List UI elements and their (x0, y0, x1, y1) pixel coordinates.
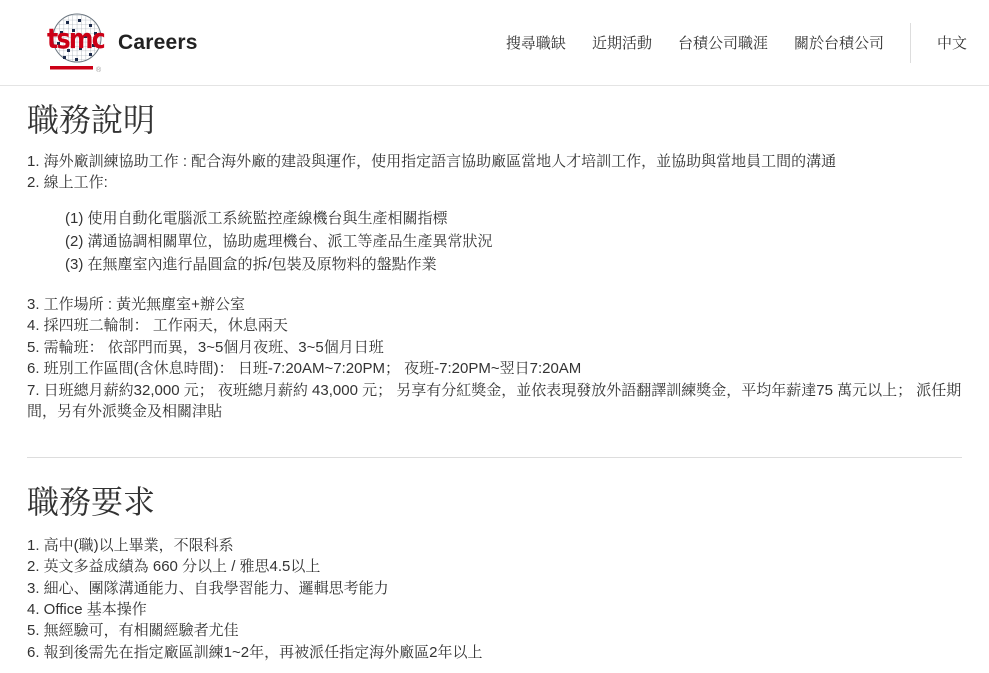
logo-underline (50, 66, 93, 70)
job-description-item-3: 3. 工作場所 : 黃光無塵室+辦公室 (27, 294, 962, 316)
section-divider (27, 457, 962, 458)
job-requirement-2: 2. 英文多益成績為 660 分以上 / 雅思4.5以上 (27, 556, 962, 577)
job-description-item-6: 6. 班別工作區間(含休息時間)： 日班-7:20AM~7:20PM； 夜班-7… (27, 358, 962, 380)
site-header: tsmc ® Careers 搜尋職缺 近期活動 台積公司職涯 關於台積公司 中… (0, 0, 989, 86)
nav-divider (910, 23, 911, 63)
job-description-item-1: 1. 海外廠訓練協助工作 : 配合海外廠的建設與運作，使用指定語言協助廠區當地人… (27, 151, 962, 173)
language-selector[interactable]: 中文 (937, 32, 967, 53)
job-description-item-4: 4. 採四班二輪制： 工作兩天，休息兩天 (27, 315, 962, 337)
nav-about-tsmc[interactable]: 關於台積公司 (794, 32, 884, 53)
nav-recent-events[interactable]: 近期活動 (592, 32, 652, 53)
job-description-section: 職務說明 1. 海外廠訓練協助工作 : 配合海外廠的建設與運作，使用指定語言協助… (27, 100, 962, 423)
page-title: Careers (118, 31, 198, 55)
job-detail-content: 職務說明 1. 海外廠訓練協助工作 : 配合海外廠的建設與運作，使用指定語言協助… (0, 100, 989, 663)
job-description-subitem-1: (1) 使用自動化電腦派工系統監控產線機台與生產相關指標 (65, 207, 962, 230)
job-requirements-section: 職務要求 1. 高中(職)以上畢業，不限科系 2. 英文多益成績為 660 分以… (27, 482, 962, 663)
tsmc-logotype: tsmc (47, 22, 104, 55)
job-description-subitem-2: (2) 溝通協調相關單位，協助處理機台、派工等產品生產異常狀況 (65, 230, 962, 253)
section-title-job-requirements: 職務要求 (27, 482, 962, 524)
main-nav: 搜尋職缺 近期活動 台積公司職涯 關於台積公司 中文 (480, 23, 967, 63)
job-requirement-3: 3. 細心、團隊溝通能力、自我學習能力、邏輯思考能力 (27, 578, 962, 599)
job-requirement-1: 1. 高中(職)以上畢業，不限科系 (27, 535, 962, 556)
job-description-subitem-3: (3) 在無塵室內進行晶圓盒的拆/包裝及原物料的盤點作業 (65, 253, 962, 276)
registered-mark: ® (96, 66, 102, 74)
brand-area: tsmc ® Careers (46, 11, 198, 75)
nav-search-jobs[interactable]: 搜尋職缺 (506, 32, 566, 53)
job-description-item-5: 5. 需輪班： 依部門而異，3~5個月夜班、3~5個月日班 (27, 337, 962, 359)
job-requirement-6: 6. 報到後需先在指定廠區訓練1~2年，再被派任指定海外廠區2年以上 (27, 642, 962, 663)
nav-tsmc-careers[interactable]: 台積公司職涯 (678, 32, 768, 53)
online-work-subitems: (1) 使用自動化電腦派工系統監控產線機台與生產相關指標 (2) 溝通協調相關單… (27, 207, 962, 276)
section-title-job-description: 職務說明 (27, 100, 962, 142)
job-description-item-7: 7. 日班總月薪約32,000 元； 夜班總月薪約 43,000 元； 另享有分… (27, 380, 962, 423)
job-requirement-4: 4. Office 基本操作 (27, 599, 962, 620)
job-requirement-5: 5. 無經驗可，有相關經驗者尤佳 (27, 620, 962, 641)
tsmc-logo[interactable]: tsmc ® (46, 11, 106, 75)
job-description-item-2: 2. 線上工作: (27, 172, 962, 194)
